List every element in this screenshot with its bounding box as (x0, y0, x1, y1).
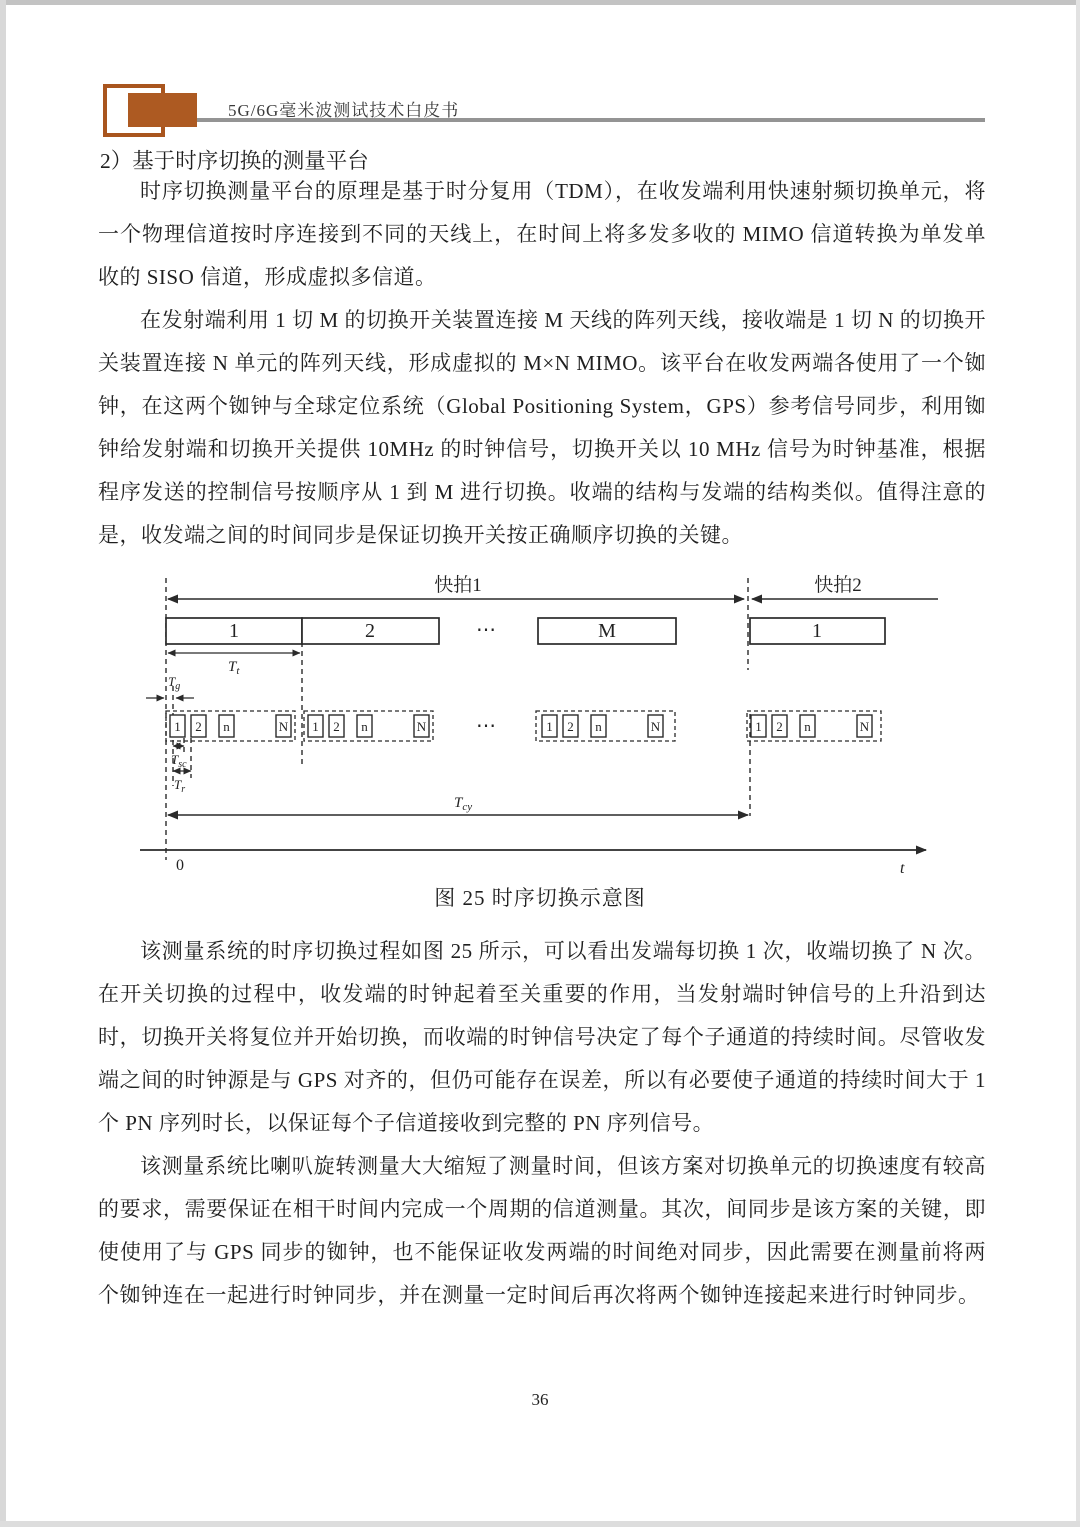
cycle-duration: Tcy (168, 795, 748, 815)
paragraph: 该测量系统比喇叭旋转测量大大缩短了测量时间，但该方案对切换单元的切换速度有较高的… (98, 1145, 986, 1317)
tx-slot-label: 2 (365, 620, 375, 642)
tx-slot-label: M (598, 620, 616, 642)
tx-slot-duration: Tt (168, 653, 300, 677)
tx-slot-row (166, 618, 885, 644)
rx-slot-label: N (279, 719, 289, 734)
rx-slot-label: 2 (776, 719, 783, 734)
body-text-after-figure: 该测量系统的时序切换过程如图 25 所示，可以看出发端每切换 1 次，收端切换了… (98, 930, 986, 1317)
paragraph: 在发射端利用 1 切 M 的切换开关装置连接 M 天线的阵列天线，接收端是 1 … (98, 299, 986, 557)
rx-slot-label: 2 (567, 719, 574, 734)
rx-row-ellipsis: ⋯ (476, 715, 496, 737)
tx-row-ellipsis: ⋯ (476, 619, 496, 641)
paragraph: 该测量系统的时序切换过程如图 25 所示，可以看出发端每切换 1 次，收端切换了… (98, 930, 986, 1145)
tg-label: Tg (168, 674, 180, 692)
rx-slot-label: n (804, 719, 811, 734)
page-edge-right (1076, 0, 1080, 1527)
tx-slot-next-snapshot-label: 1 (812, 620, 822, 642)
figure-timing-diagram: 快拍1 快拍2 1 2 ⋯ M 1 Tt Tg 1 (138, 574, 948, 874)
page-edge-bottom (0, 1521, 1080, 1527)
rx-slot-label: N (860, 719, 870, 734)
body-text-before-figure: 时序切换测量平台的原理是基于时分复用（TDM），在收发端利用快速射频切换单元，将… (98, 170, 986, 557)
tt-label: Tt (228, 659, 240, 677)
rx-slot-label: N (651, 719, 661, 734)
guard-gap: Tg (146, 674, 194, 698)
rx-slot-label: 1 (755, 719, 762, 734)
rx-slot-label: 1 (174, 719, 181, 734)
tr-label: Tr (174, 777, 185, 795)
document-title: 5G/6G毫米波测试技术白皮书 (228, 96, 459, 121)
page-edge-left (0, 0, 6, 1527)
tcy-label: Tcy (454, 795, 472, 813)
rx-slot-label: 1 (546, 719, 553, 734)
rx-switch-period: Tr (173, 771, 191, 795)
logo-filled-square (128, 93, 197, 127)
axis-origin-label: 0 (176, 857, 184, 874)
rx-slot-label: n (361, 719, 368, 734)
rx-slot-label: 2 (195, 719, 202, 734)
rx-slot-label: 1 (312, 719, 319, 734)
timing-diagram-svg: 快拍1 快拍2 1 2 ⋯ M 1 Tt Tg 1 (138, 574, 948, 874)
paragraph: 时序切换测量平台的原理是基于时分复用（TDM），在收发端利用快速射频切换单元，将… (98, 170, 986, 299)
rx-slot-label: n (595, 719, 602, 734)
axis-time-label: t (900, 860, 905, 874)
rx-slot-label: 2 (333, 719, 340, 734)
tx-slot-label: 1 (229, 620, 239, 642)
rx-slot-label: n (223, 719, 230, 734)
snapshot-spans: 快拍1 快拍2 (168, 574, 938, 599)
snapshot1-label: 快拍1 (434, 574, 482, 596)
page-number: 36 (0, 1390, 1080, 1410)
page-edge-top (0, 0, 1080, 5)
time-axis: 0 t (140, 850, 926, 874)
rx-slot-label: N (417, 719, 427, 734)
figure-caption: 图 25 时序切换示意图 (0, 882, 1080, 912)
rx-slot-row: 1 2 n N 1 2 n N ⋯ 1 2 n N (166, 711, 881, 741)
snapshot2-label: 快拍2 (814, 574, 862, 596)
